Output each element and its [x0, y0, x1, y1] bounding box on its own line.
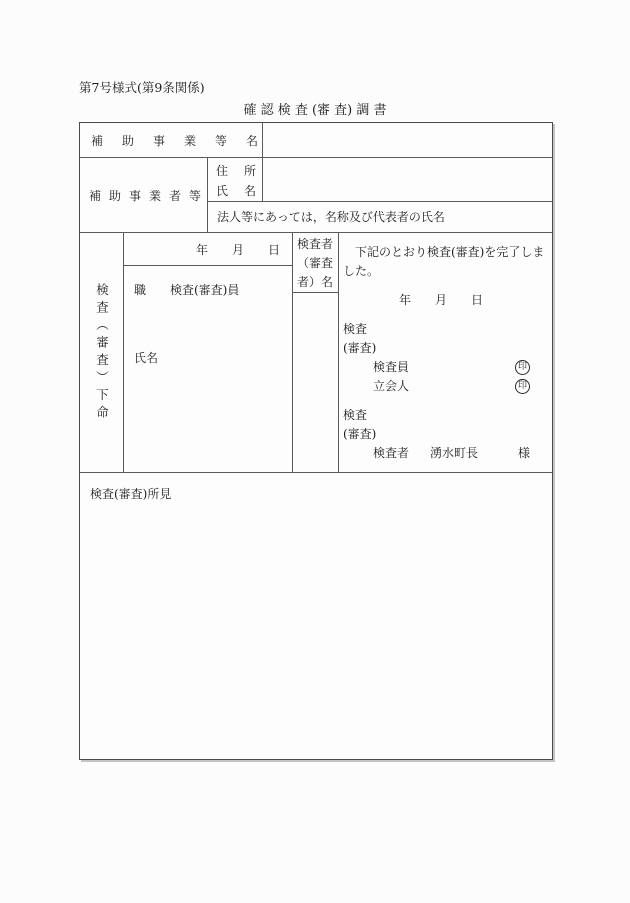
- position-line: 職 検査(審査)員: [134, 281, 292, 298]
- document-title: 確 認 検 査 (審 査) 調 書: [0, 99, 630, 118]
- examination-label: (審査): [343, 339, 546, 358]
- examiner-label: 検査者: [373, 444, 409, 463]
- inspector-name-column: 検査者（審査者）名: [293, 233, 339, 473]
- completion-cell: 下記のとおり検査(審査)を完了しました。 年 月 日 検査 (審査) 検査員 印…: [339, 233, 552, 473]
- address-label: 住 所: [216, 161, 262, 181]
- address-name-label-cell: 住 所 氏 名: [208, 158, 263, 202]
- inspector-seal-row: 検査員 印: [373, 358, 530, 377]
- corporation-note-cell: 法人等にあっては，名称及び代表者の氏名: [208, 202, 552, 233]
- project-name-value-cell: [263, 123, 552, 158]
- name-label: 氏 名: [216, 181, 262, 201]
- seal-icon: 印: [515, 360, 530, 375]
- findings-label: 検査(審査)所見: [90, 487, 171, 501]
- witness-seal-row: 立会人 印: [373, 377, 530, 396]
- inspector-name-header: 検査者（審査者）名: [293, 233, 338, 293]
- examiner-row: 検査者 湧水町長 様: [373, 444, 530, 463]
- honorific-label: 様: [518, 444, 530, 463]
- subsidized-party-label: 補助事業者等: [89, 187, 209, 204]
- inspection-label: 検査: [343, 320, 546, 339]
- completion-date-line: 年 月 日: [399, 291, 546, 310]
- inspector-info-cell: 年 月 日 職 検査(審査)員 氏名: [124, 233, 293, 473]
- corporation-note: 法人等にあっては，名称及び代表者の氏名: [217, 210, 445, 224]
- inspection-order-cell: 検査︵審査︶下命: [80, 233, 124, 473]
- inspection-order-label: 検査︵審査︶下命: [93, 283, 111, 423]
- fullname-label: 氏名: [134, 349, 292, 366]
- findings-cell: 検査(審査)所見: [80, 473, 552, 759]
- witness-label: 立会人: [373, 377, 409, 396]
- inspector-label: 検査員: [373, 358, 409, 377]
- inspection-form-table: 補助事業等名 補助事業者等 住 所 氏 名 法人等にあっては，名称及び代表者の氏…: [79, 122, 553, 760]
- examiner-name: 湧水町長: [430, 444, 478, 463]
- project-name-label: 補助事業等名: [91, 132, 277, 149]
- inspection-label-2: 検査: [343, 406, 546, 425]
- project-name-label-cell: 補助事業等名: [80, 123, 263, 158]
- examination-label-2: (審査): [343, 425, 546, 444]
- seal-icon: 印: [515, 379, 530, 394]
- address-name-value-cell: [263, 158, 552, 202]
- inspection-date-header: 年 月 日: [124, 233, 292, 266]
- subsidized-party-label-cell: 補助事業者等: [80, 158, 208, 233]
- completion-statement: 下記のとおり検査(審査)を完了しました。: [343, 243, 548, 281]
- form-number: 第7号様式(第9条関係): [79, 78, 205, 96]
